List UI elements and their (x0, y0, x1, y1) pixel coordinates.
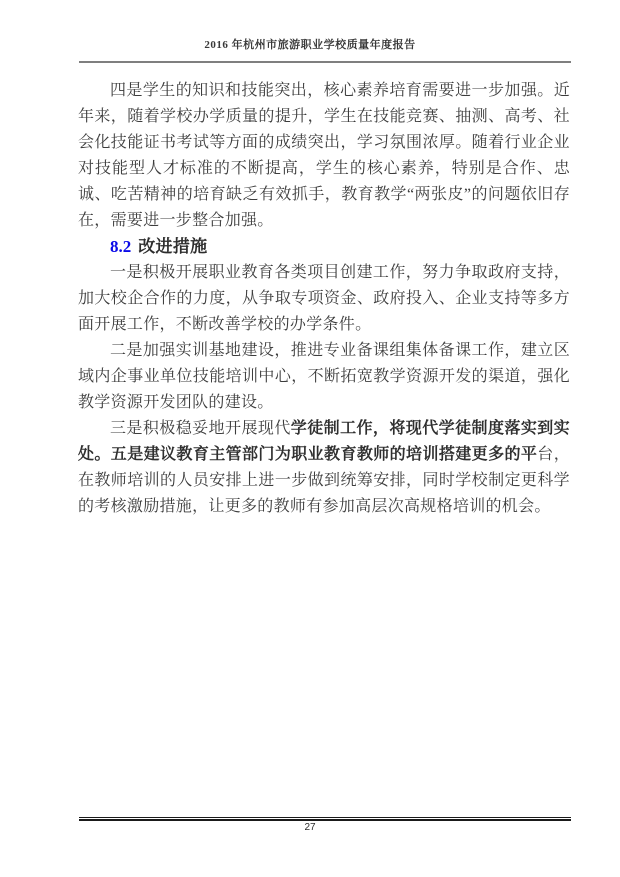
text-run: 二是加强实训基地建设，推进专业备课组集体备课工作，建立区域内企事业单位技能培训中… (78, 342, 570, 411)
text-run: 一是积极开展职业教育各类项目创建工作，努力争取政府支持，加大校企合作的力度，从争… (78, 264, 570, 333)
section-heading: 8.2改进措施 (78, 234, 570, 260)
paragraph: 三是积极稳妥地开展现代学徒制工作，将现代学徒制度落实到实处。五是建议教育主管部门… (78, 416, 570, 520)
text-run: 四是学生的知识和技能突出，核心素养培育需要进一步加强。近年来，随着学校办学质量的… (78, 82, 570, 229)
header-rule (79, 61, 571, 63)
paragraph: 二是加强实训基地建设，推进专业备课组集体备课工作，建立区域内企事业单位技能培训中… (78, 338, 570, 416)
page-number: 27 (0, 822, 620, 833)
text-run: 三是积极稳妥地开展现代 (110, 420, 291, 437)
header-title: 2016 年杭州市旅游职业学校质量年度报告 (0, 36, 620, 52)
paragraph: 一是积极开展职业教育各类项目创建工作，努力争取政府支持，加大校企合作的力度，从争… (78, 260, 570, 338)
footer-rule (79, 817, 571, 821)
section-number: 8.2 (110, 237, 131, 256)
document-page: 2016 年杭州市旅游职业学校质量年度报告 四是学生的知识和技能突出，核心素养培… (0, 0, 620, 877)
document-body: 四是学生的知识和技能突出，核心素养培育需要进一步加强。近年来，随着学校办学质量的… (78, 78, 570, 520)
section-title: 改进措施 (138, 237, 207, 256)
paragraph: 四是学生的知识和技能突出，核心素养培育需要进一步加强。近年来，随着学校办学质量的… (78, 78, 570, 234)
